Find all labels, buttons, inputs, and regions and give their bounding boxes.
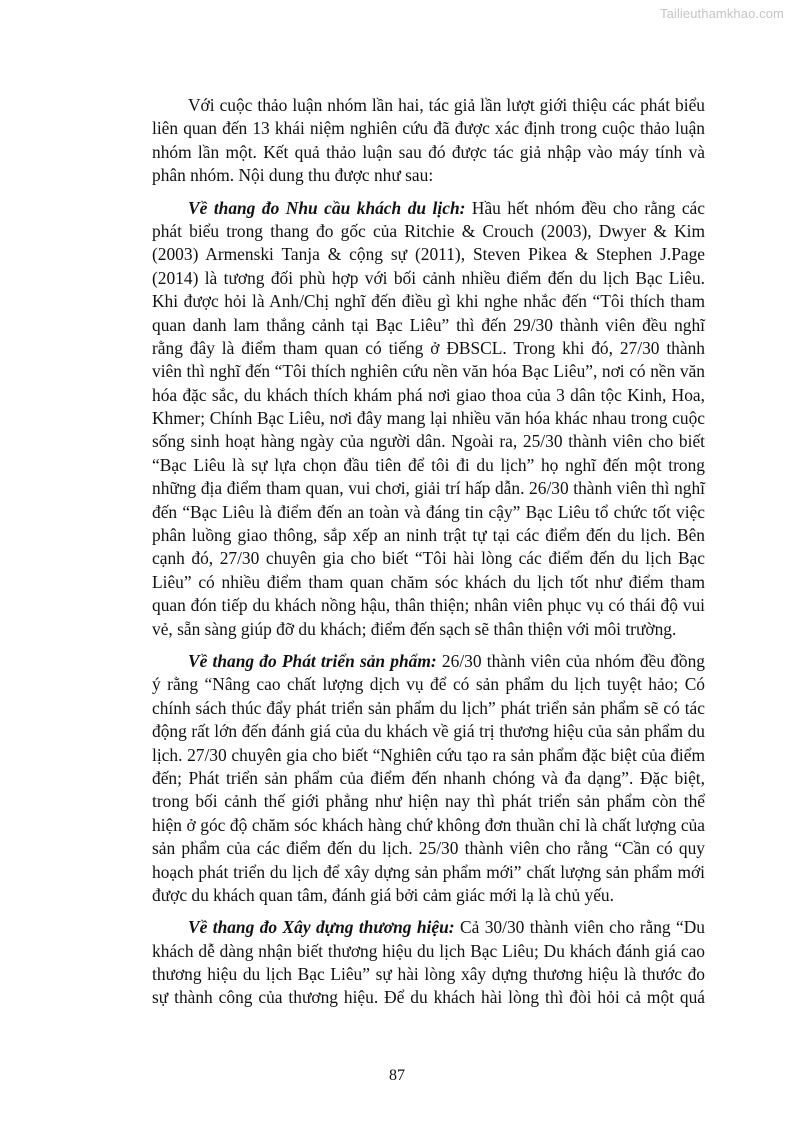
paragraph-product-development: Về thang đo Phát triển sản phẩm: 26/30 t… xyxy=(152,650,705,907)
text-line: nhóm lần một. Kết quả thảo luận sau đó đ… xyxy=(152,141,705,164)
text-line: động rất lớn đến đánh giá của du khách v… xyxy=(152,720,705,743)
text-line: hóa đặc sắc, du khách thích khám phá nơi… xyxy=(152,384,705,407)
paragraph-heading: Về thang đo Phát triển sản phẩm: xyxy=(188,651,437,671)
text-line: Về thang đo Xây dựng thương hiệu: Cả 30/… xyxy=(152,916,705,939)
paragraph-heading: Về thang đo Nhu cầu khách du lịch: xyxy=(188,198,465,218)
text-line: (2014) là tương đối phù hợp với bối cảnh… xyxy=(152,267,705,290)
text-line: phát biểu trong thang đo gốc của Ritchie… xyxy=(152,220,705,243)
text-line: phân luồng giao thông, sắp xếp an ninh t… xyxy=(152,524,705,547)
text-line: khách dễ dàng nhận biết thương hiệu du l… xyxy=(152,940,705,963)
text-line: những địa điểm tham quan, vui chơi, giải… xyxy=(152,477,705,500)
text-line: hiện ở góc độ chăm sóc khách hàng chứ kh… xyxy=(152,814,705,837)
text-line: đến “Bạc Liêu là điểm đến an toàn và đán… xyxy=(152,501,705,524)
paragraph-brand-building: Về thang đo Xây dựng thương hiệu: Cả 30/… xyxy=(152,916,705,1010)
text-line: chính sách thúc đẩy phát triển sản phẩm … xyxy=(152,697,705,720)
text-line: thương hiệu du lịch Bạc Liêu” sự hài lòn… xyxy=(152,963,705,986)
text-line: sự thành công của thương hiệu. Để du khá… xyxy=(152,986,705,1009)
text-line: lịch. 27/30 chuyên gia cho biết “Nghiên … xyxy=(152,744,705,767)
text-line: Với cuộc thảo luận nhóm lần hai, tác giả… xyxy=(152,94,705,117)
text-line: cạnh đó, 27/30 chuyên gia cho biết “Tôi … xyxy=(152,547,705,570)
text-line: Liêu” có nhiều điểm tham quan chăm sóc k… xyxy=(152,571,705,594)
text-line: sống sinh hoạt hàng ngày của người dân. … xyxy=(152,430,705,453)
text-line: quan đón tiếp du khách nồng hậu, thân th… xyxy=(152,594,705,617)
paragraph-heading: Về thang đo Xây dựng thương hiệu: xyxy=(188,917,455,937)
text-line: vẻ, sẵn sàng giúp đỡ du khách; điểm đến … xyxy=(152,618,705,641)
text-line: rằng đây là điểm tham quan có tiếng ở ĐB… xyxy=(152,337,705,360)
text-line: viên thì nghĩ đến “Tôi thích nghiên cứu … xyxy=(152,360,705,383)
text-line: phân nhóm. Nội dung thu được như sau: xyxy=(152,164,705,187)
text-line: liên quan đến 13 khái niệm nghiên cứu đã… xyxy=(152,117,705,140)
document-body: Với cuộc thảo luận nhóm lần hai, tác giả… xyxy=(152,94,705,1010)
text-line: sản phẩm của các điểm đến du lịch. 25/30… xyxy=(152,837,705,860)
page-number: 87 xyxy=(0,1067,794,1085)
text-span: Cả 30/30 thành viên cho rằng “Du xyxy=(460,917,705,937)
text-line: hoạch phát triển du lịch để xây dựng sản… xyxy=(152,861,705,884)
text-line: trong bối cảnh thế giới phẳng như hiện n… xyxy=(152,790,705,813)
paragraph-intro: Với cuộc thảo luận nhóm lần hai, tác giả… xyxy=(152,94,705,188)
text-line: Khmer; Chính Bạc Liêu, nơi đây mang lại … xyxy=(152,407,705,430)
text-line: (2003) Armenski Tanja & cộng sự (2011), … xyxy=(152,243,705,266)
paragraph-tourist-demand: Về thang đo Nhu cầu khách du lịch: Hầu h… xyxy=(152,197,705,641)
text-line: ý rằng “Nâng cao chất lượng dịch vụ để c… xyxy=(152,673,705,696)
text-line: Về thang đo Phát triển sản phẩm: 26/30 t… xyxy=(152,650,705,673)
text-span: 26/30 thành viên của nhóm đều đồng xyxy=(442,651,705,671)
text-line: đến; Phát triển sản phẩm của điểm đến nh… xyxy=(152,767,705,790)
text-line: Về thang đo Nhu cầu khách du lịch: Hầu h… xyxy=(152,197,705,220)
text-line: “Bạc Liêu là sự lựa chọn đầu tiên để tôi… xyxy=(152,454,705,477)
text-line: được du khách quan tâm, đánh giá bởi cảm… xyxy=(152,884,705,907)
text-line: quan danh lam thắng cảnh tại Bạc Liêu” t… xyxy=(152,314,705,337)
watermark: Tailieuthamkhao.com xyxy=(660,6,784,21)
text-span: Hầu hết nhóm đều cho rằng các xyxy=(472,198,705,218)
text-line: Khi được hỏi là Anh/Chị nghĩ đến điều gì… xyxy=(152,290,705,313)
